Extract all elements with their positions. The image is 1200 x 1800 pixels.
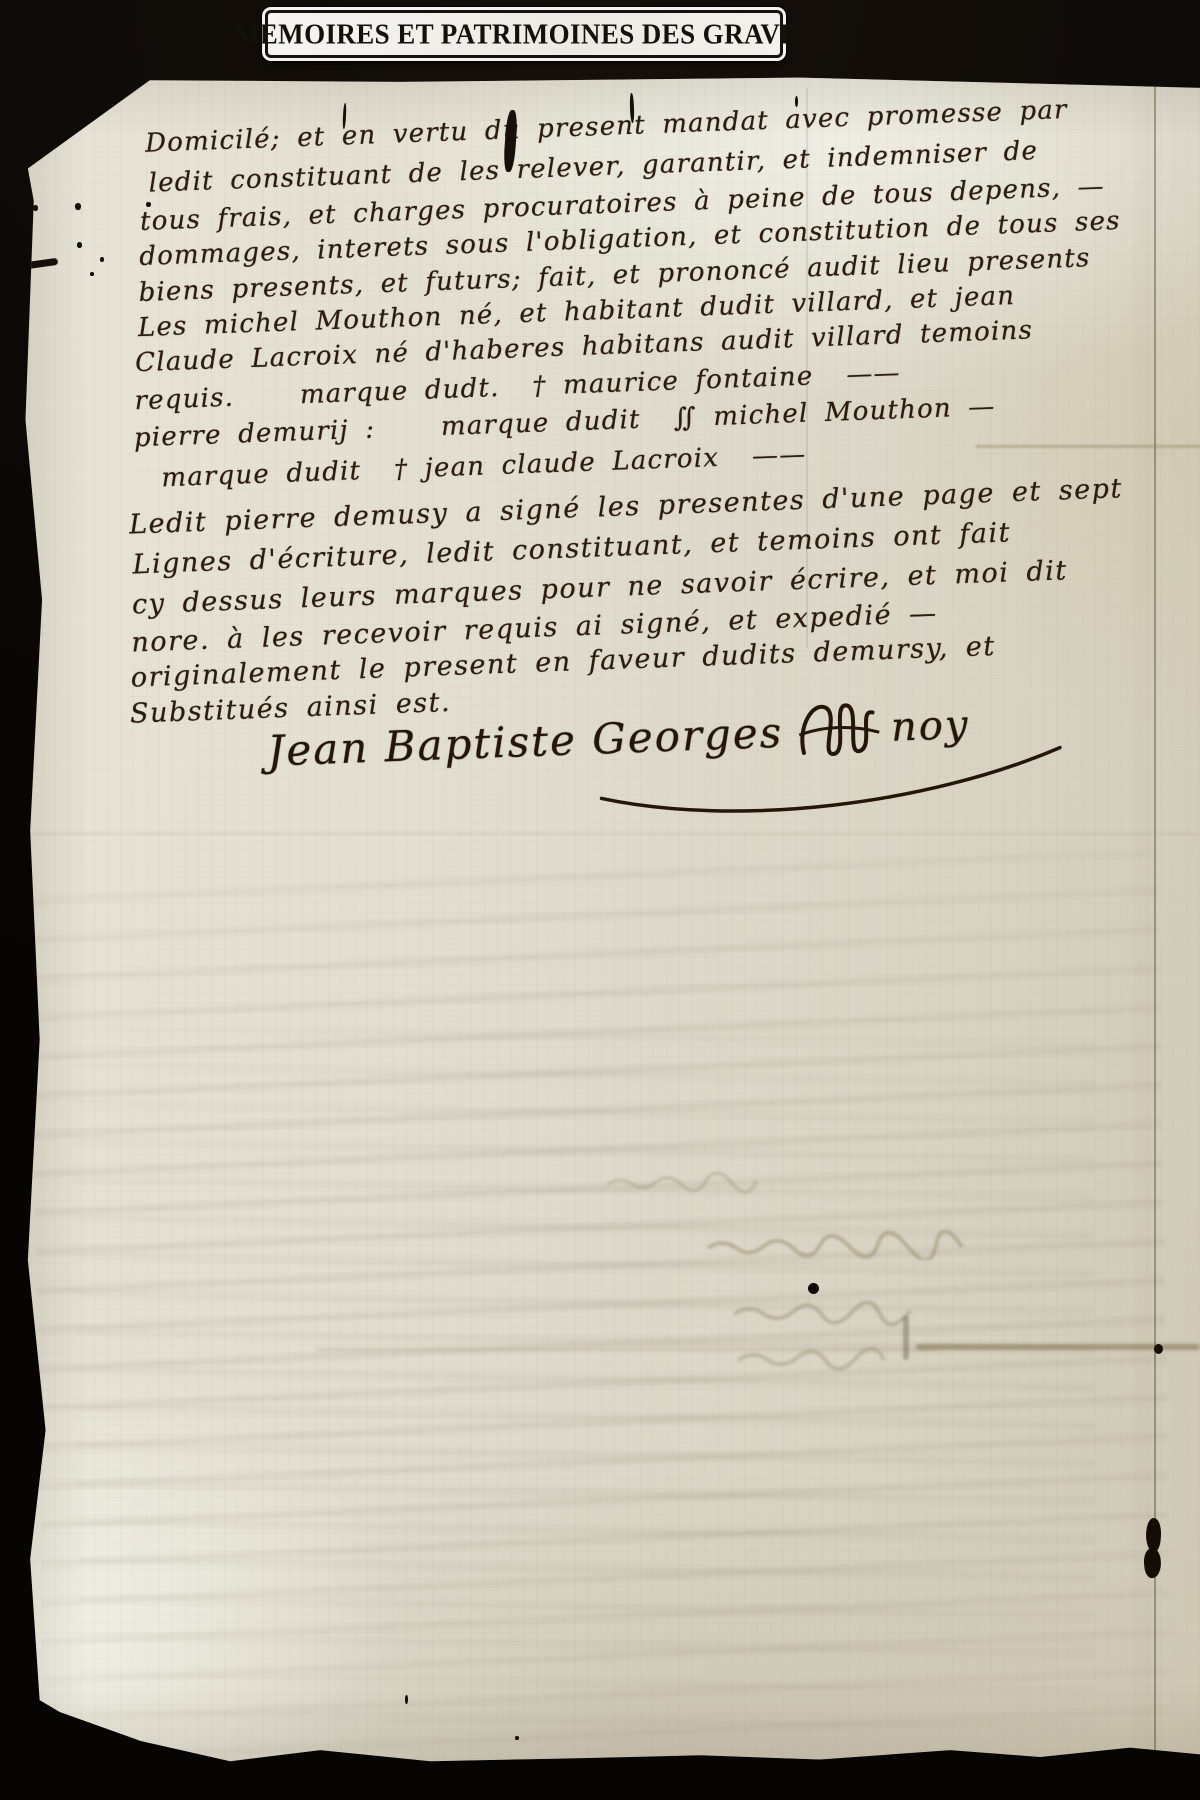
archive-label-text: MEMOIRES ET PATRIMOINES DES GRAVES bbox=[234, 18, 814, 51]
ink-dot bbox=[1154, 1344, 1163, 1354]
edge-chip bbox=[20, 1588, 30, 1602]
ink-speck bbox=[515, 1736, 519, 1740]
ink-speck bbox=[100, 257, 104, 262]
ink-speck bbox=[405, 1695, 408, 1704]
ink-speck bbox=[90, 272, 94, 276]
ink-dot bbox=[808, 1283, 819, 1294]
ink-speck bbox=[33, 205, 38, 211]
scanned-document: MEMOIRES ET PATRIMOINES DES GRAVES Domic… bbox=[0, 0, 1200, 1800]
ink-speck bbox=[146, 202, 151, 207]
ink-smudge bbox=[903, 1316, 909, 1360]
edge-chip bbox=[21, 776, 30, 806]
archive-label: MEMOIRES ET PATRIMOINES DES GRAVES bbox=[262, 7, 786, 61]
ink-speck bbox=[75, 203, 81, 210]
edge-chip bbox=[24, 1343, 36, 1359]
edge-chip bbox=[22, 1116, 33, 1134]
ink-speck bbox=[77, 242, 82, 248]
handwritten-text: Domicilé; et en vertu du present mandat … bbox=[11, 32, 1200, 1772]
archive-label-frame: MEMOIRES ET PATRIMOINES DES GRAVES bbox=[265, 10, 783, 58]
ink-speck bbox=[795, 96, 798, 107]
manuscript-page: Domicilé; et en vertu du present mandat … bbox=[16, 70, 1200, 1768]
